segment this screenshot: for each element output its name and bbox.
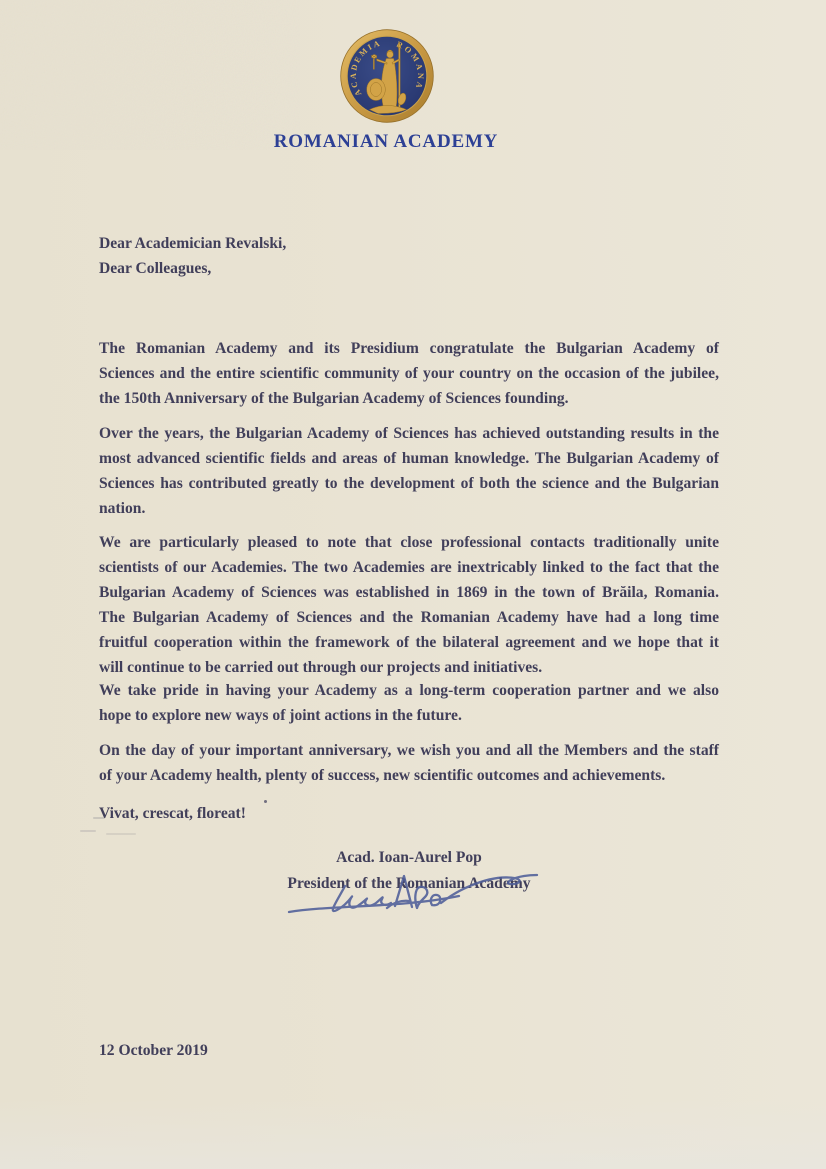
organization-name: ROMANIAN ACADEMY	[236, 131, 536, 153]
closing-exclamation: Vivat, crescat, floreat!	[99, 801, 719, 826]
scan-artifact-dot	[264, 800, 267, 803]
scan-edge-shading	[0, 1099, 826, 1169]
paragraph-2: Over the years, the Bulgarian Academy of…	[99, 421, 719, 521]
letter-line: will continue to be carried out through …	[99, 655, 719, 680]
paragraph-3: We are particularly pleased to note that…	[99, 530, 719, 681]
salutation-line: Dear Colleagues,	[99, 256, 719, 281]
handwritten-signature	[283, 863, 558, 925]
romanian-academy-seal-icon: ACADEMIA ROMANA	[340, 29, 434, 123]
paragraph-1: The Romanian Academy and its Presidium c…	[99, 336, 719, 411]
letter-line: We are particularly pleased to note that…	[99, 530, 719, 555]
letter-page: ACADEMIA ROMANA ROMANIAN ACADEMY Dear Ac…	[0, 0, 826, 1169]
paper-texture	[0, 0, 300, 150]
letter-line: We take pride in having your Academy as …	[99, 678, 719, 703]
scan-artifact-smudge	[106, 833, 136, 835]
scan-artifact-smudge	[93, 817, 105, 819]
letter-line: Sciences has contributed greatly to the …	[99, 471, 719, 496]
letter-line: On the day of your important anniversary…	[99, 738, 719, 763]
letter-line: scientists of our Academies. The two Aca…	[99, 555, 719, 580]
paragraph-5: On the day of your important anniversary…	[99, 738, 719, 788]
letter-line: Sciences and the entire scientific commu…	[99, 361, 719, 386]
letter-line: Bulgarian Academy of Sciences was establ…	[99, 580, 719, 605]
salutation: Dear Academician Revalski, Dear Colleagu…	[99, 231, 719, 281]
letter-line: the 150th Anniversary of the Bulgarian A…	[99, 386, 719, 411]
letter-date: 12 October 2019	[99, 1038, 719, 1063]
scan-artifact-smudge	[80, 830, 96, 832]
letter-line: Over the years, the Bulgarian Academy of…	[99, 421, 719, 446]
letter-line: hope to explore new ways of joint action…	[99, 703, 719, 728]
paragraph-4: We take pride in having your Academy as …	[99, 678, 719, 728]
letter-line: nation.	[99, 496, 719, 521]
salutation-line: Dear Academician Revalski,	[99, 231, 719, 256]
letter-line: of your Academy health, plenty of succes…	[99, 763, 719, 788]
letter-line: The Romanian Academy and its Presidium c…	[99, 336, 719, 361]
letter-line: The Bulgarian Academy of Sciences and th…	[99, 605, 719, 630]
letter-line: fruitful cooperation within the framewor…	[99, 630, 719, 655]
letter-line: most advanced scientific fields and area…	[99, 446, 719, 471]
